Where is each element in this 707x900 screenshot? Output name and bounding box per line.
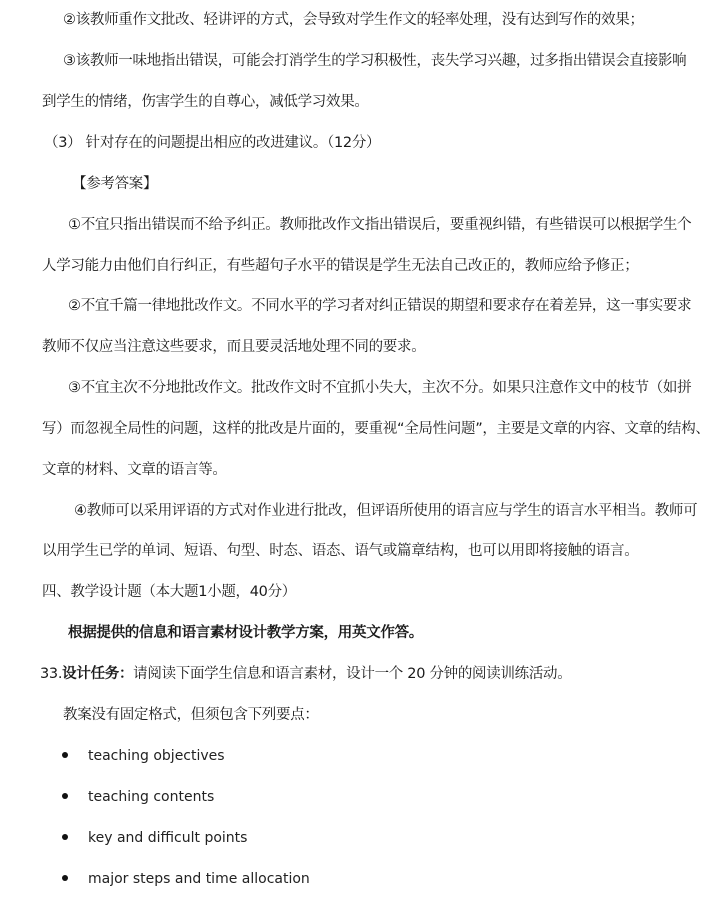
bullet-icon [62, 752, 68, 758]
plan-note: 教案没有固定格式，但须包含下列要点： [63, 705, 319, 725]
bullet-icon [62, 793, 68, 799]
task-label: 设计任务： [62, 666, 133, 682]
answer-point-3-line1: ③该教师一味地指出错误，可能会打消学生的学习积极性，丧失学习兴趣，过多指出错误会… [63, 51, 686, 71]
suggestion-2-line2: 教师不仅应当注意这些要求，而且要灵活地处理不同的要求。 [42, 337, 425, 357]
task-33: 33.设计任务：请阅读下面学生信息和语言素材，设计一个 20 分钟的阅读训练活动… [40, 664, 571, 684]
suggestion-3-line2: 写）而忽视全局性的问题，这样的批改是片面的，要重视“全局性问题”，主要是文章的内… [42, 419, 707, 439]
suggestion-1-line1: ①不宜只指出错误而不给予纠正。教师批改作文指出错误后，要重视纠错，有些错误可以根… [68, 215, 691, 235]
reference-answer-label: 【参考答案】 [72, 174, 157, 194]
section-4-heading: 四、教学设计题（本大题1小题，40分） [42, 582, 296, 602]
task-text: 请阅读下面学生信息和语言素材，设计一个 20 分钟的阅读训练活动。 [133, 666, 571, 682]
suggestion-3-line1: ③不宜主次不分地批改作文。批改作文时不宜抓小失大，主次不分。如果只注意作文中的枝… [68, 378, 691, 398]
question-3-heading: （3） 针对存在的问题提出相应的改进建议。（12分） [44, 133, 380, 153]
bullet-item: major steps and time allocation [62, 869, 310, 889]
suggestion-2-line1: ②不宜千篇一律地批改作文。不同水平的学习者对纠正错误的期望和要求存在着差异，这一… [68, 296, 691, 316]
task-number: 33. [40, 666, 62, 682]
bullet-item: key and difficult points [62, 828, 247, 848]
bullet-icon [62, 834, 68, 840]
bullet-item: teaching contents [62, 787, 214, 807]
bullet-icon [62, 875, 68, 881]
bullet-item: teaching objectives [62, 746, 225, 766]
suggestion-4-line1: ④教师可以采用评语的方式对作业进行批改，但评语所使用的语言应与学生的语言水平相当… [74, 501, 697, 521]
suggestion-4-line2: 以用学生已学的单词、短语、句型、时态、语态、语气或篇章结构，也可以用即将接触的语… [42, 541, 638, 561]
answer-point-2: ②该教师重作文批改、轻讲评的方式，会导致对学生作文的轻率处理，没有达到写作的效果… [63, 10, 644, 30]
answer-point-3-line2: 到学生的情绪，伤害学生的自尊心，减低学习效果。 [42, 92, 369, 112]
suggestion-3-line3: 文章的材料、文章的语言等。 [42, 460, 227, 480]
instruction-bold: 根据提供的信息和语言素材设计教学方案，用英文作答。 [68, 623, 423, 643]
suggestion-1-line2: 人学习能力由他们自行纠正，有些超句子水平的错误是学生无法自己改正的，教师应给予修… [42, 256, 638, 276]
